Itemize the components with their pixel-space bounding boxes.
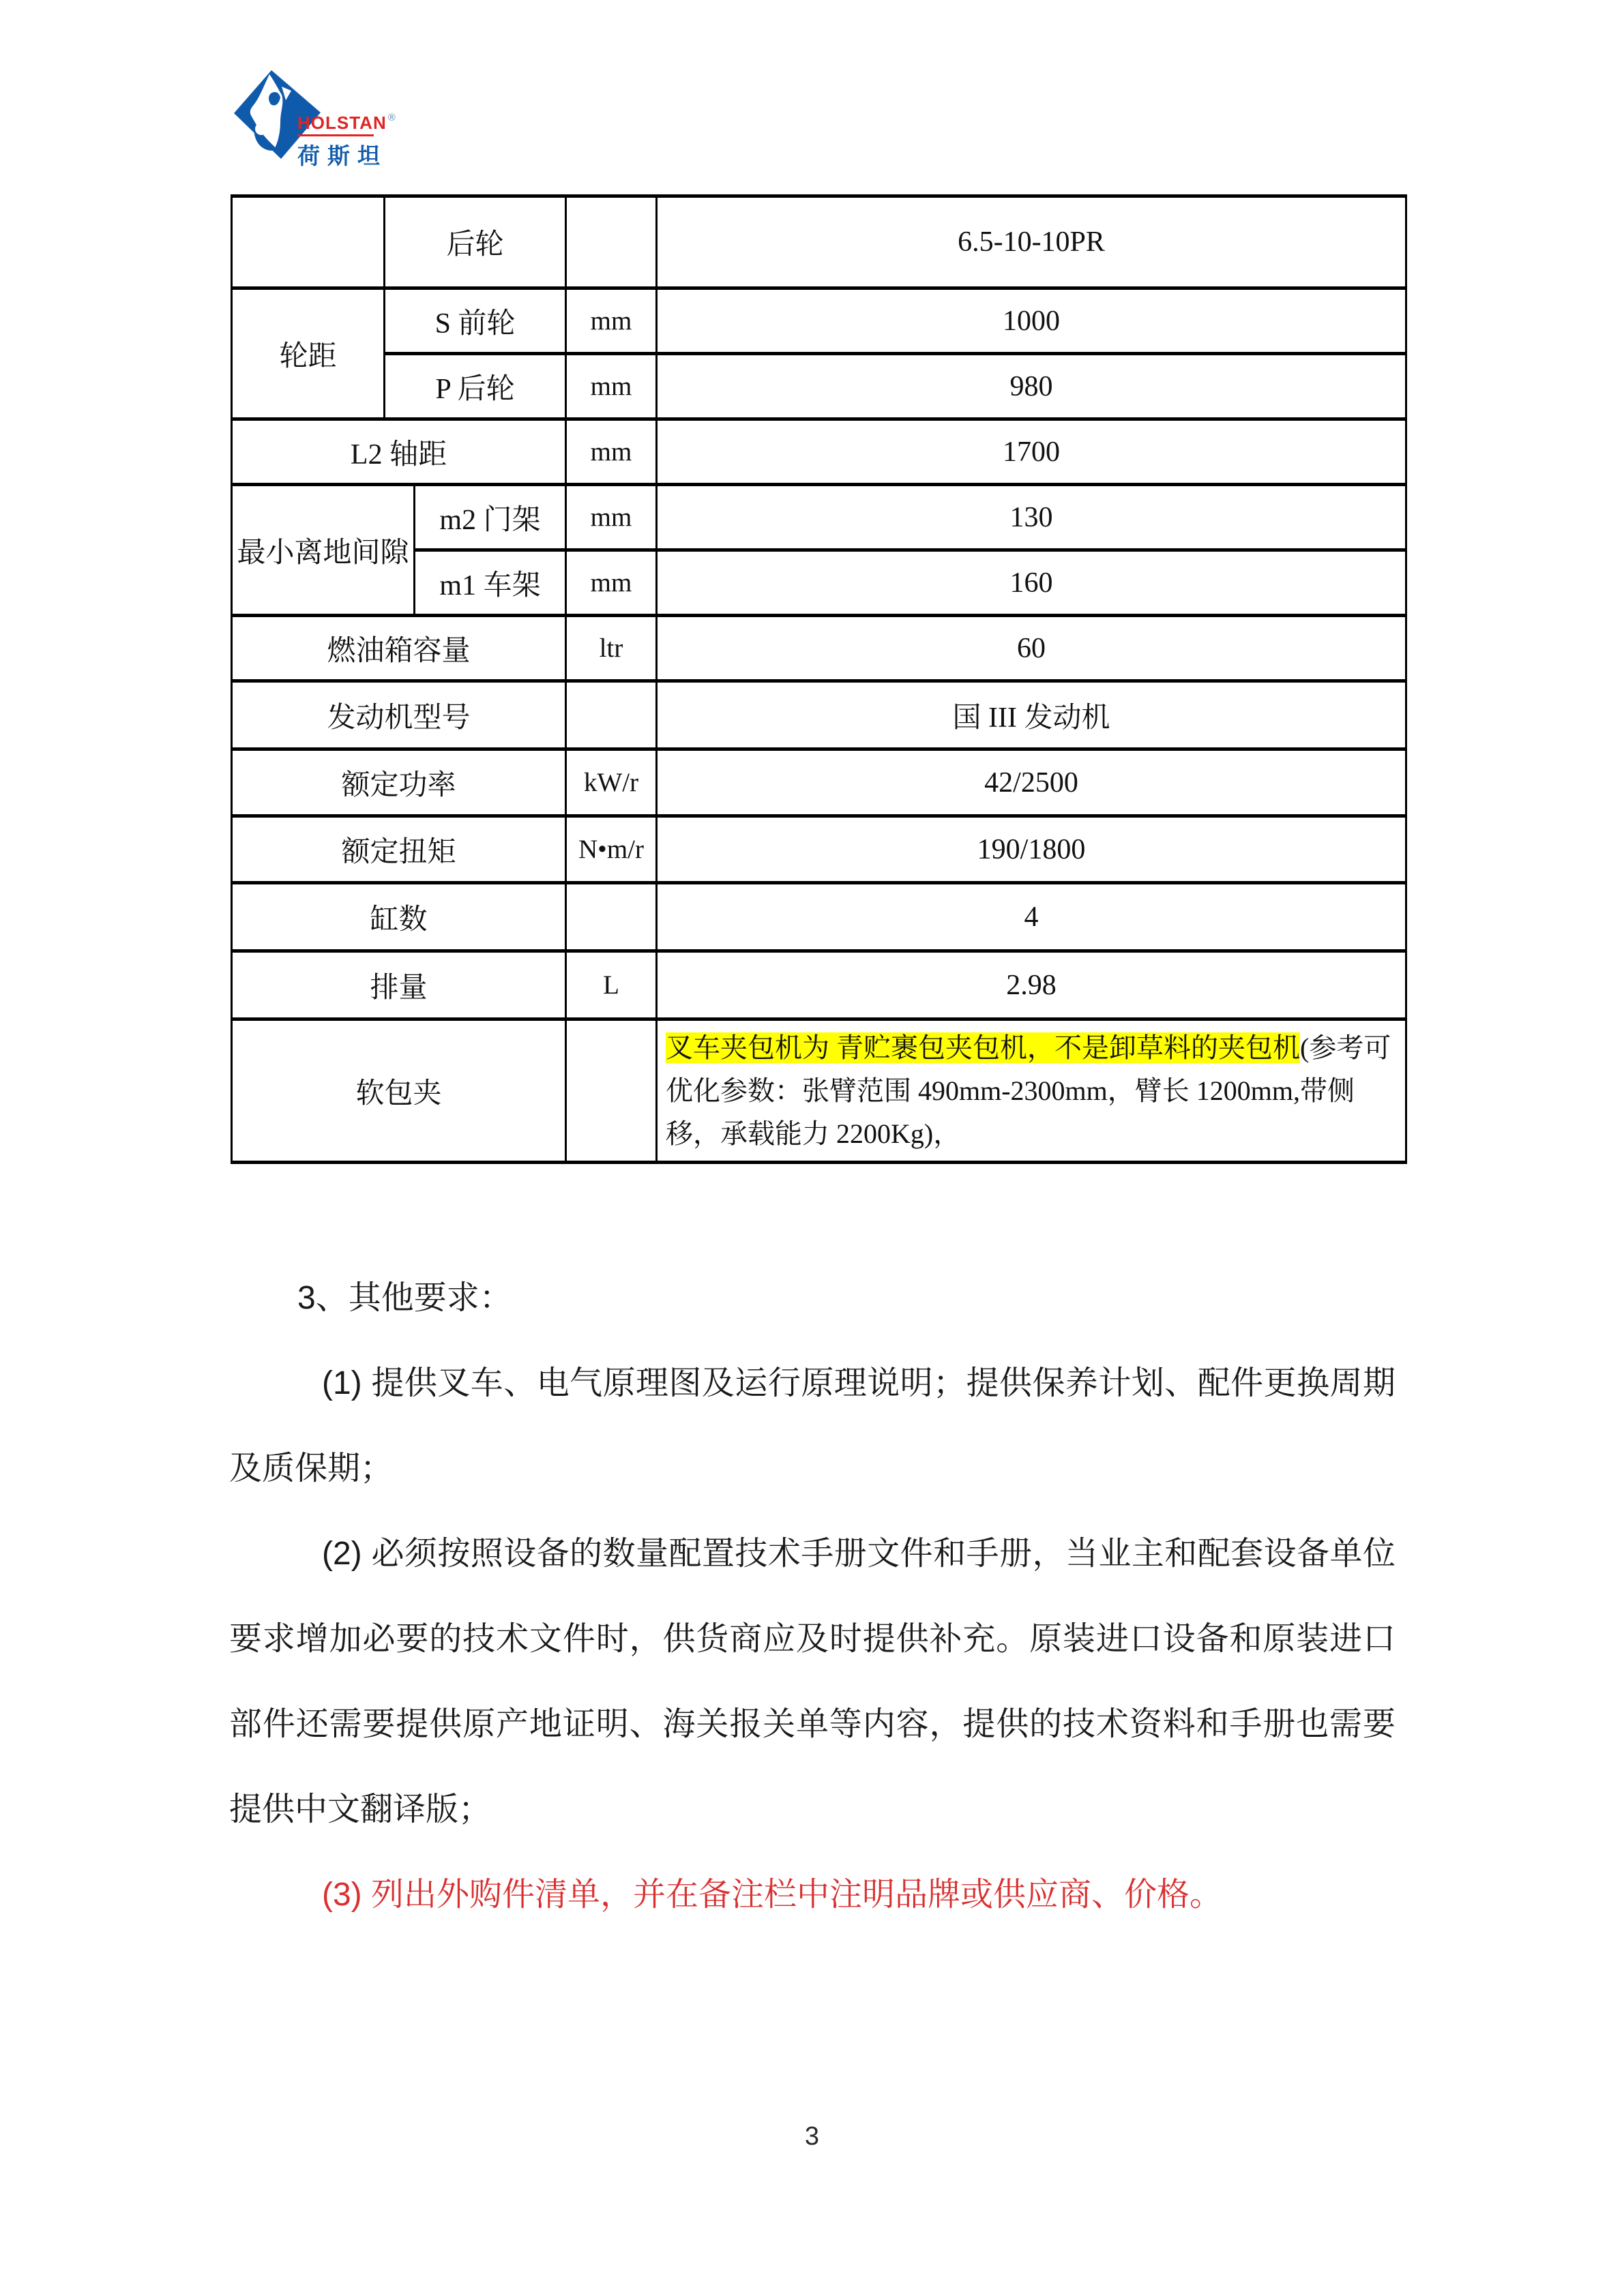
spec-unit: L [566,951,657,1019]
table-row: 最小离地间隙 m2 门架 mm 130 [232,485,1406,550]
table-row: 发动机型号 国 III 发动机 [232,681,1406,749]
requirement-item-1: (1) 提供叉车、电气原理图及运行原理说明；提供保养计划、配件更换周期及质保期； [229,1341,1396,1511]
table-row: 轮距 S 前轮 mm 1000 [232,288,1406,354]
table-row: 后轮 6.5-10-10PR [232,196,1406,288]
spec-unit [566,883,657,951]
spec-unit [566,196,657,288]
table-row: 燃油箱容量 ltr 60 [232,616,1406,681]
brand-underline [297,134,374,136]
registered-trademark-icon: ® [388,112,396,123]
spec-label: m2 门架 [415,485,566,550]
spec-group-cell [232,196,385,288]
highlighted-note: 叉车夹包机为 青贮裹包夹包机，不是卸草料的夹包机 [666,1032,1300,1063]
spec-label: S 前轮 [385,288,566,354]
section-heading: 3、其他要求： [229,1255,1396,1341]
spec-label: P 后轮 [385,354,566,419]
spec-unit: mm [566,485,657,550]
spec-label: 缸数 [232,883,566,951]
spec-unit: mm [566,550,657,616]
spec-value: 1000 [657,288,1406,354]
table-row: 额定功率 kW/r 42/2500 [232,749,1406,816]
spec-value: 190/1800 [657,816,1406,883]
spec-unit [566,681,657,749]
spec-unit: ltr [566,616,657,681]
spec-value: 2.98 [657,951,1406,1019]
spec-label: 额定扭矩 [232,816,566,883]
page-number: 3 [0,2122,1624,2151]
spec-value: 4 [657,883,1406,951]
spec-label: 排量 [232,951,566,1019]
spec-unit: mm [566,354,657,419]
document-page: HOLSTAN® 荷斯坦 后轮 6.5-10-10PR 轮距 S 前轮 mm 1… [0,0,1624,2296]
table-row: 额定扭矩 N•m/r 190/1800 [232,816,1406,883]
spec-table: 后轮 6.5-10-10PR 轮距 S 前轮 mm 1000 P 后轮 mm 9… [231,194,1407,1164]
holstan-logo: HOLSTAN® 荷斯坦 [234,70,398,166]
brand-name: HOLSTAN [297,113,387,133]
spec-label: 发动机型号 [232,681,566,749]
spec-value: 980 [657,354,1406,419]
table-row: 软包夹 叉车夹包机为 青贮裹包夹包机，不是卸草料的夹包机(参考可优化参数：张臂范… [232,1019,1406,1163]
logo-text-block: HOLSTAN® 荷斯坦 [297,113,400,170]
spec-label: 燃油箱容量 [232,616,566,681]
table-row: L2 轴距 mm 1700 [232,419,1406,485]
table-row: 排量 L 2.98 [232,951,1406,1019]
spec-value: 42/2500 [657,749,1406,816]
spec-unit [566,1019,657,1163]
spec-unit: mm [566,419,657,485]
requirement-item-3: (3) 列出外购件清单，并在备注栏中注明品牌或供应商、价格。 [229,1852,1396,1937]
spec-unit: kW/r [566,749,657,816]
spec-value: 国 III 发动机 [657,681,1406,749]
spec-label: 后轮 [385,196,566,288]
spec-value-note: 叉车夹包机为 青贮裹包夹包机，不是卸草料的夹包机(参考可优化参数：张臂范围 49… [657,1019,1406,1163]
requirements-section: 3、其他要求： (1) 提供叉车、电气原理图及运行原理说明；提供保养计划、配件更… [229,1255,1396,1937]
spec-label: 软包夹 [232,1019,566,1163]
spec-value: 160 [657,550,1406,616]
spec-value: 1700 [657,419,1406,485]
spec-label: L2 轴距 [232,419,566,485]
spec-value: 60 [657,616,1406,681]
table-row: 缸数 4 [232,883,1406,951]
spec-group-label: 轮距 [232,288,385,419]
table-row: P 后轮 mm 980 [232,354,1406,419]
spec-group-label: 最小离地间隙 [232,485,415,616]
spec-value: 6.5-10-10PR [657,196,1406,288]
spec-unit: N•m/r [566,816,657,883]
spec-label: m1 车架 [415,550,566,616]
requirement-item-2: (2) 必须按照设备的数量配置技术手册文件和手册，当业主和配套设备单位要求增加必… [229,1511,1396,1852]
spec-unit: mm [566,288,657,354]
brand-chinese-name: 荷斯坦 [297,138,400,170]
spec-label: 额定功率 [232,749,566,816]
spec-value: 130 [657,485,1406,550]
